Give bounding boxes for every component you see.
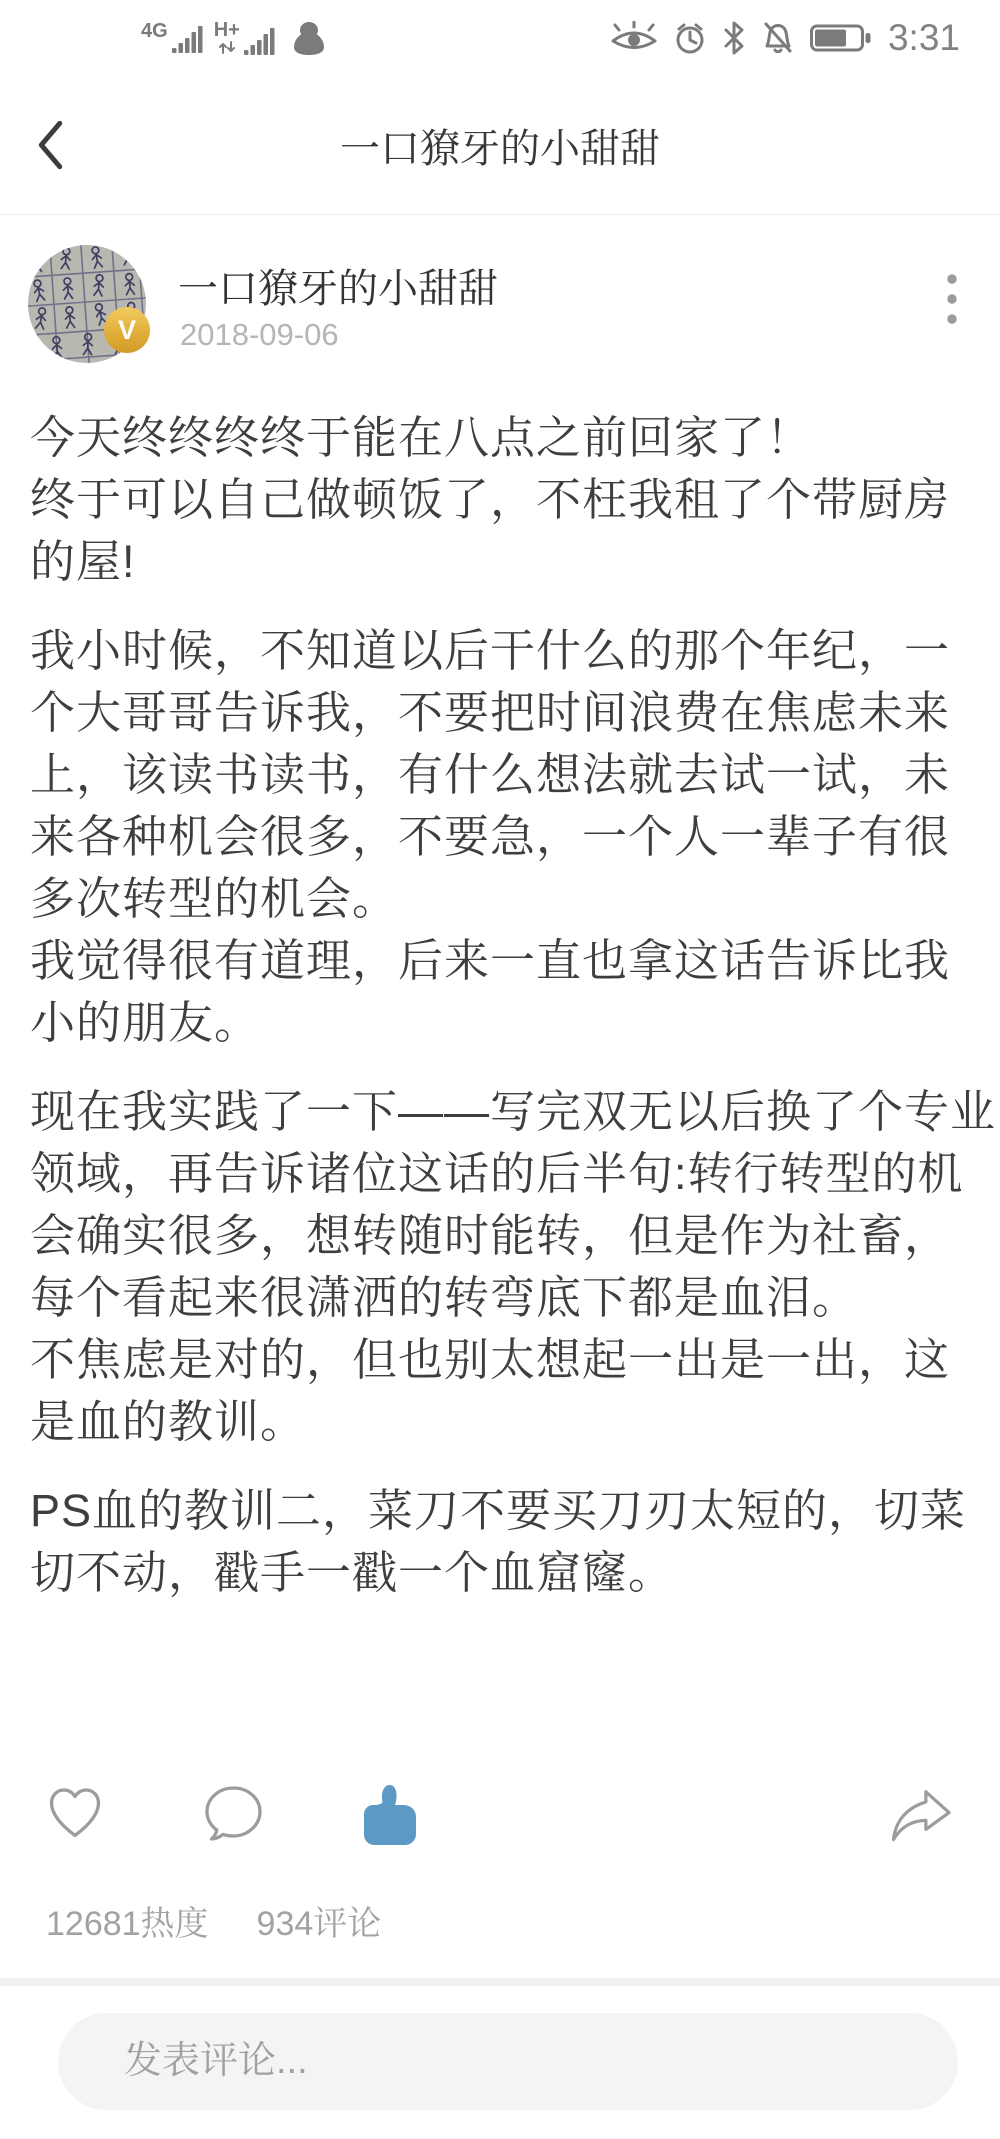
post-text-line: 我小时候，不知道以后干什么的那个年纪，一	[30, 620, 970, 682]
heat-count: 12681热度	[46, 1896, 209, 1945]
post-paragraph: 我小时候，不知道以后干什么的那个年纪，一个大哥哥告诉我，不要把时间浪费在焦虑未来…	[30, 620, 970, 1054]
post-text-line: 现在我实践了一下——写完双无以后换了个专业	[30, 1081, 970, 1143]
sim1-signal: 4G	[141, 21, 203, 54]
comment-bar	[0, 1978, 1000, 2139]
heart-like-button[interactable]	[45, 1783, 105, 1843]
updown-arrows-icon	[219, 41, 235, 54]
post-paragraph: PS血的教训二，菜刀不要买刀刃太短的，切菜切不动，戳手一戳一个血窟窿。	[30, 1480, 970, 1604]
comment-button[interactable]	[202, 1783, 265, 1845]
alarm-icon	[672, 20, 708, 56]
divider	[0, 1978, 1000, 1986]
eye-comfort-icon	[610, 21, 658, 55]
post-text-line: 今天终终终终于能在八点之前回家了！	[30, 407, 970, 469]
post-text-line: PS血的教训二，菜刀不要买刀刃太短的，切菜	[30, 1480, 970, 1542]
qq-penguin-icon	[291, 20, 327, 56]
post-text-line: 多次转型的机会。	[30, 868, 970, 930]
signal-bars-icon	[172, 25, 203, 54]
battery-icon	[810, 21, 872, 55]
post-text-line: 每个看起来很潇洒的转弯底下都是血泪。	[30, 1267, 970, 1329]
post-header: V 一口獠牙的小甜甜 2018-09-06	[0, 243, 1000, 393]
post-text-line: 不焦虑是对的，但也别太想起一出是一出，这	[30, 1329, 970, 1391]
post-text-line: 是血的教训。	[30, 1391, 970, 1453]
post-text-line: 会确实很多，想转随时能转，但是作为社畜，	[30, 1205, 970, 1267]
post-text-line: 领域，再告诉诸位这话的后半句:转行转型的机	[30, 1143, 970, 1205]
post-body: 今天终终终终于能在八点之前回家了！终于可以自己做顿饭了，不枉我租了个带厨房的屋!…	[30, 407, 970, 1604]
share-button[interactable]	[888, 1785, 956, 1843]
post-text-line: 的屋!	[30, 531, 970, 593]
sim2-signal: H+	[214, 20, 275, 56]
clock-time: 3:31	[888, 17, 960, 59]
post-text-line: 切不动，戳手一戳一个血窟窿。	[30, 1542, 970, 1604]
status-right-group: 3:31	[610, 0, 960, 75]
post-text-line: 我觉得很有道理，后来一直也拿这话告诉比我	[30, 930, 970, 992]
bluetooth-icon	[722, 20, 746, 56]
comment-count[interactable]: 934评论	[257, 1896, 382, 1945]
mute-icon	[760, 20, 796, 56]
post-text-line: 终于可以自己做顿饭了，不枉我租了个带厨房	[30, 469, 970, 531]
page-title: 一口獠牙的小甜甜	[0, 75, 1000, 215]
verified-badge: V	[104, 307, 150, 353]
network-type-label-4g: 4G	[141, 21, 168, 41]
post-date: 2018-09-06	[180, 317, 339, 353]
post-text-line: 个大哥哥告诉我，不要把时间浪费在焦虑未来	[30, 682, 970, 744]
thumbs-up-button[interactable]	[360, 1782, 420, 1846]
network-type-label-hplus: H+	[214, 20, 240, 40]
post-text-line: 上，该读书读书，有什么想法就去试一试，未	[30, 744, 970, 806]
more-options-button[interactable]	[946, 273, 958, 325]
action-bar	[0, 1782, 1000, 1846]
post-paragraph: 今天终终终终于能在八点之前回家了！终于可以自己做顿饭了，不枉我租了个带厨房的屋!	[30, 407, 970, 593]
signal-bars-icon	[244, 27, 275, 56]
post-text-line: 小的朋友。	[30, 992, 970, 1054]
nav-bar: 一口獠牙的小甜甜	[0, 75, 1000, 215]
comment-input[interactable]	[58, 2013, 958, 2110]
stats-row: 12681热度 934评论	[46, 1896, 1000, 1945]
status-bar: 4G H+	[0, 0, 1000, 75]
post-paragraph: 现在我实践了一下——写完双无以后换了个专业领域，再告诉诸位这话的后半句:转行转型…	[30, 1081, 970, 1453]
post-text-line: 来各种机会很多，不要急，一个人一辈子有很	[30, 806, 970, 868]
status-left-group: 4G H+	[141, 0, 327, 75]
author-name[interactable]: 一口獠牙的小甜甜	[178, 257, 498, 314]
